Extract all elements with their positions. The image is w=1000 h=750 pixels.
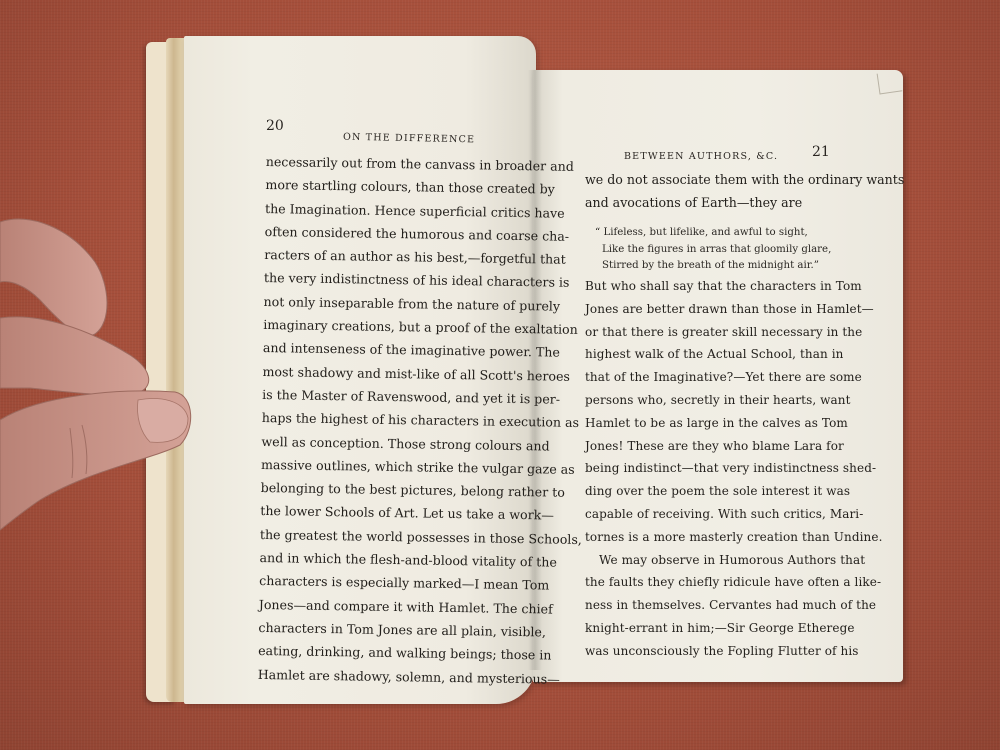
text-line: was unconsciously the Fopling Flutter of… [585, 640, 825, 663]
page-number-right: 21 [812, 144, 830, 160]
text-line: Jones are better drawn than those in Ham… [585, 298, 825, 321]
text-line: Hamlet are shadowy, solemn, and mysterio… [258, 662, 506, 689]
left-page-text: necessarily out from the canvass in broa… [258, 150, 514, 690]
running-head-right: BETWEEN AUTHORS, &c. [624, 151, 778, 162]
text-line: characters is especially marked—I mean T… [259, 569, 507, 596]
text-line: Hamlet to be as large in the calves as T… [585, 412, 825, 435]
text-line: knight-errant in him;—Sir George Ethereg… [585, 617, 825, 640]
text-line: haps the highest of his characters in ex… [262, 406, 510, 433]
page-number-left: 20 [266, 118, 284, 134]
text-line: more startling colours, than those creat… [265, 173, 513, 200]
hand [0, 0, 200, 560]
text-line: we do not associate them with the ordina… [585, 168, 825, 191]
verse-line: Like the figures in arras that gloomily … [595, 242, 835, 259]
text-line: ness in themselves. Cervantes had much o… [585, 594, 825, 617]
text-line: tornes is a more masterly creation than … [585, 526, 825, 549]
text-line: and avocations of Earth—they are [585, 191, 825, 214]
text-line: highest walk of the Actual School, than … [585, 343, 825, 366]
text-line: Jones! These are they who blame Lara for [585, 435, 825, 458]
verse-line: Stirred by the breath of the midnight ai… [595, 258, 835, 275]
dog-ear-fold [877, 71, 903, 95]
text-line: and intenseness of the imaginative power… [263, 336, 511, 363]
text-line: or that there is greater skill necessary… [585, 321, 825, 344]
text-line: We may observe in Humorous Authors that [585, 549, 825, 572]
text-line: persons who, secretly in their hearts, w… [585, 389, 825, 412]
middle-finger [0, 317, 149, 395]
text-line: that of the Imaginative?—Yet there are s… [585, 366, 825, 389]
text-line: eating, drinking, and walking beings; th… [258, 639, 506, 666]
verse-quotation: “ Lifeless, but lifelike, and awful to s… [595, 225, 835, 275]
text-line: the faults they chiefly ridicule have of… [585, 571, 825, 594]
verse-line: “ Lifeless, but lifelike, and awful to s… [595, 225, 835, 242]
text-line: But who shall say that the characters in… [585, 275, 825, 298]
text-line: capable of receiving. With such critics,… [585, 503, 825, 526]
right-page-text: But who shall say that the characters in… [585, 275, 825, 663]
photo-scene: 20 ON THE DIFFERENCE necessarily out fro… [0, 0, 1000, 750]
right-page-intro: we do not associate them with the ordina… [585, 168, 825, 215]
text-line: being indistinct—that very indistinctnes… [585, 457, 825, 480]
text-line: ding over the poem the sole interest it … [585, 480, 825, 503]
text-line: the lower Schools of Art. Let us take a … [260, 499, 508, 526]
